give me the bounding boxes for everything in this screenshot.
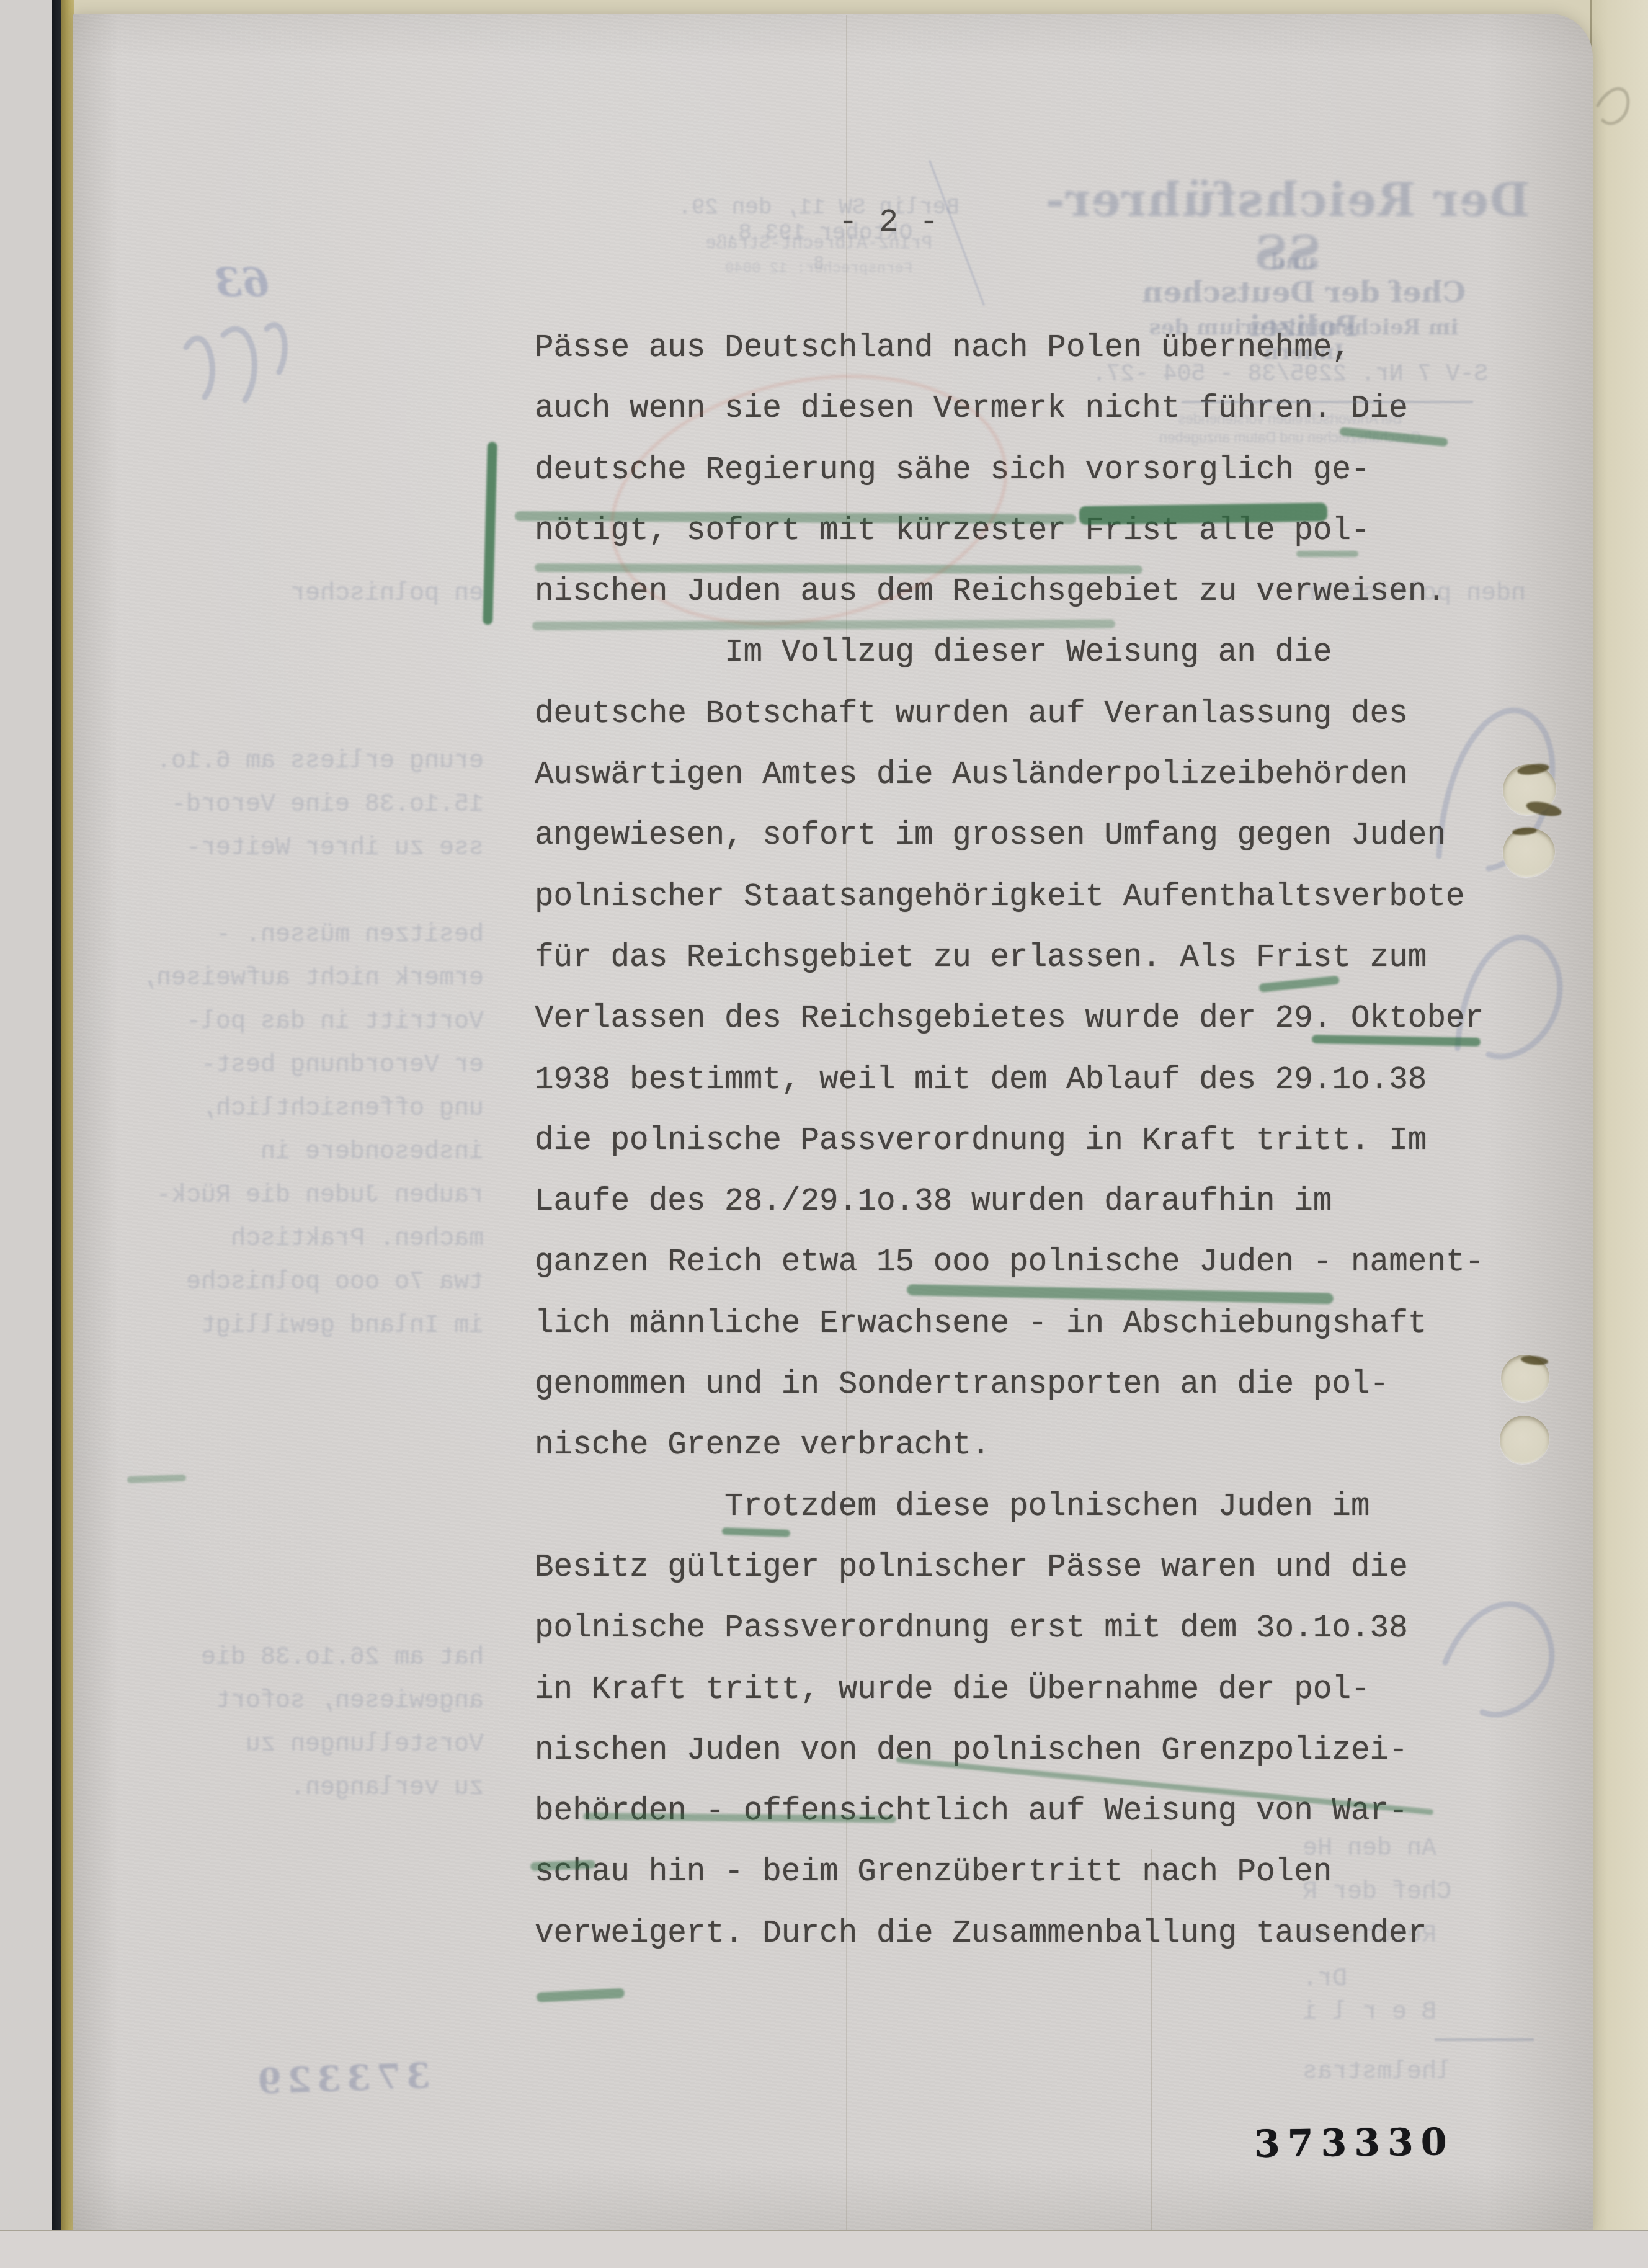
bleedthrough-fragment: rauben Juden die Rück- — [112, 1182, 484, 1210]
typed-line: schau hin - beim Grenzübertritt nach Pol… — [535, 1842, 1484, 1903]
typed-line: 1938 bestimmt, weil mit dem Ablauf des 2… — [535, 1050, 1484, 1111]
page-number: - 2 - — [839, 205, 940, 241]
bleedthrough-underline — [1182, 401, 1473, 403]
bleedthrough-fragment: erung erliess am 6.1o. — [112, 748, 484, 775]
typed-line: für das Reichsgebiet zu erlassen. Als Fr… — [535, 928, 1484, 989]
bleedthrough-fragment: hat am 26.1o.38 die — [112, 1644, 484, 1672]
bleedthrough-fragment: besitzen müssen. - — [112, 921, 484, 949]
green-crayon-mark — [1296, 551, 1358, 557]
bleedthrough-fragment: angewiesen, sofort — [112, 1687, 484, 1715]
bleedthrough-fragment: im Inland gewilligt — [112, 1312, 484, 1340]
pencil-mark-top-right — [1598, 89, 1628, 123]
typed-line: genommen und in Sondertransporten an die… — [535, 1355, 1484, 1416]
typed-line: die polnische Passverordnung in Kraft tr… — [535, 1111, 1484, 1172]
typed-line: Laufe des 28./29.1o.38 wurden daraufhin … — [535, 1172, 1484, 1233]
typed-line: in Kraft tritt, wurde die Übernahme der … — [535, 1660, 1484, 1721]
typed-line: angewiesen, sofort im grossen Umfang geg… — [535, 806, 1484, 867]
bleedthrough-fragment: Vorstellungen zu — [112, 1731, 484, 1759]
bleedthrough-fragment: lhelmstras — [1303, 2058, 1594, 2086]
bleedthrough-fragment: B e r l i — [1303, 1999, 1594, 2027]
bleedthrough-fragment: zu verlangen. — [112, 1774, 484, 1802]
bleedthrough-fragment: 15.1o.38 eine Verord- — [112, 791, 484, 819]
typed-line: ganzen Reich etwa 15 ooo polnische Juden… — [535, 1233, 1484, 1293]
typed-line: Besitz gültiger polnischer Pässe waren u… — [535, 1538, 1484, 1599]
bleedthrough-fragment: er Verordnung best- — [112, 1051, 484, 1079]
typed-line: polnische Passverordnung erst mit dem 3o… — [535, 1599, 1484, 1659]
typed-line: verweigert. Durch die Zusammenballung ta… — [535, 1904, 1484, 1965]
typed-line: polnischer Staatsangehörigkeit Aufenthal… — [535, 867, 1484, 928]
bleedthrough-fragment: Dr. — [1303, 1965, 1594, 1993]
typed-line: Im Vollzug dieser Weisung an die — [535, 623, 1484, 684]
bleedthrough-fragment: ermerk nicht aufweisen, — [112, 965, 484, 993]
typed-line: deutsche Botschaft wurden auf Veranlassu… — [535, 684, 1484, 745]
bleedthrough-underline — [1435, 2038, 1534, 2041]
typed-line: Pässe aus Deutschland nach Polen überneh… — [535, 318, 1484, 379]
bleedthrough-fragment: Vortritt in das pol- — [112, 1008, 484, 1036]
bleedthrough-fragment: en polnischer — [112, 580, 484, 608]
green-crayon-mark — [1079, 502, 1327, 525]
typed-line: Trotzdem diese polnischen Juden im — [535, 1477, 1484, 1538]
bleedthrough-fragment: ung offensichtlich, — [112, 1095, 484, 1123]
bleedthrough-fragment: insbesondere in — [112, 1138, 484, 1166]
typed-line: Auswärtigen Amtes die Ausländerpolizeibe… — [535, 745, 1484, 806]
bleedthrough-fragment: machen. Praktisch — [112, 1225, 484, 1253]
bleedthrough-fragment: sse zu ihrer Weiter- — [112, 834, 484, 862]
typed-line: nische Grenze verbracht. — [535, 1416, 1484, 1476]
typed-line: lich männliche Erwachsene - in Abschiebu… — [535, 1294, 1484, 1355]
bleedthrough-fragment: twa 7o ooo polnische — [112, 1269, 484, 1297]
scanned-document-photo: { "colors":{ "paper":"#d5d2d0","ink":"#3… — [0, 0, 1648, 2268]
typed-line: behörden - offensichtlich auf Weisung vo… — [535, 1782, 1484, 1842]
archive-stamp-number: 373330 — [1254, 2120, 1454, 2166]
